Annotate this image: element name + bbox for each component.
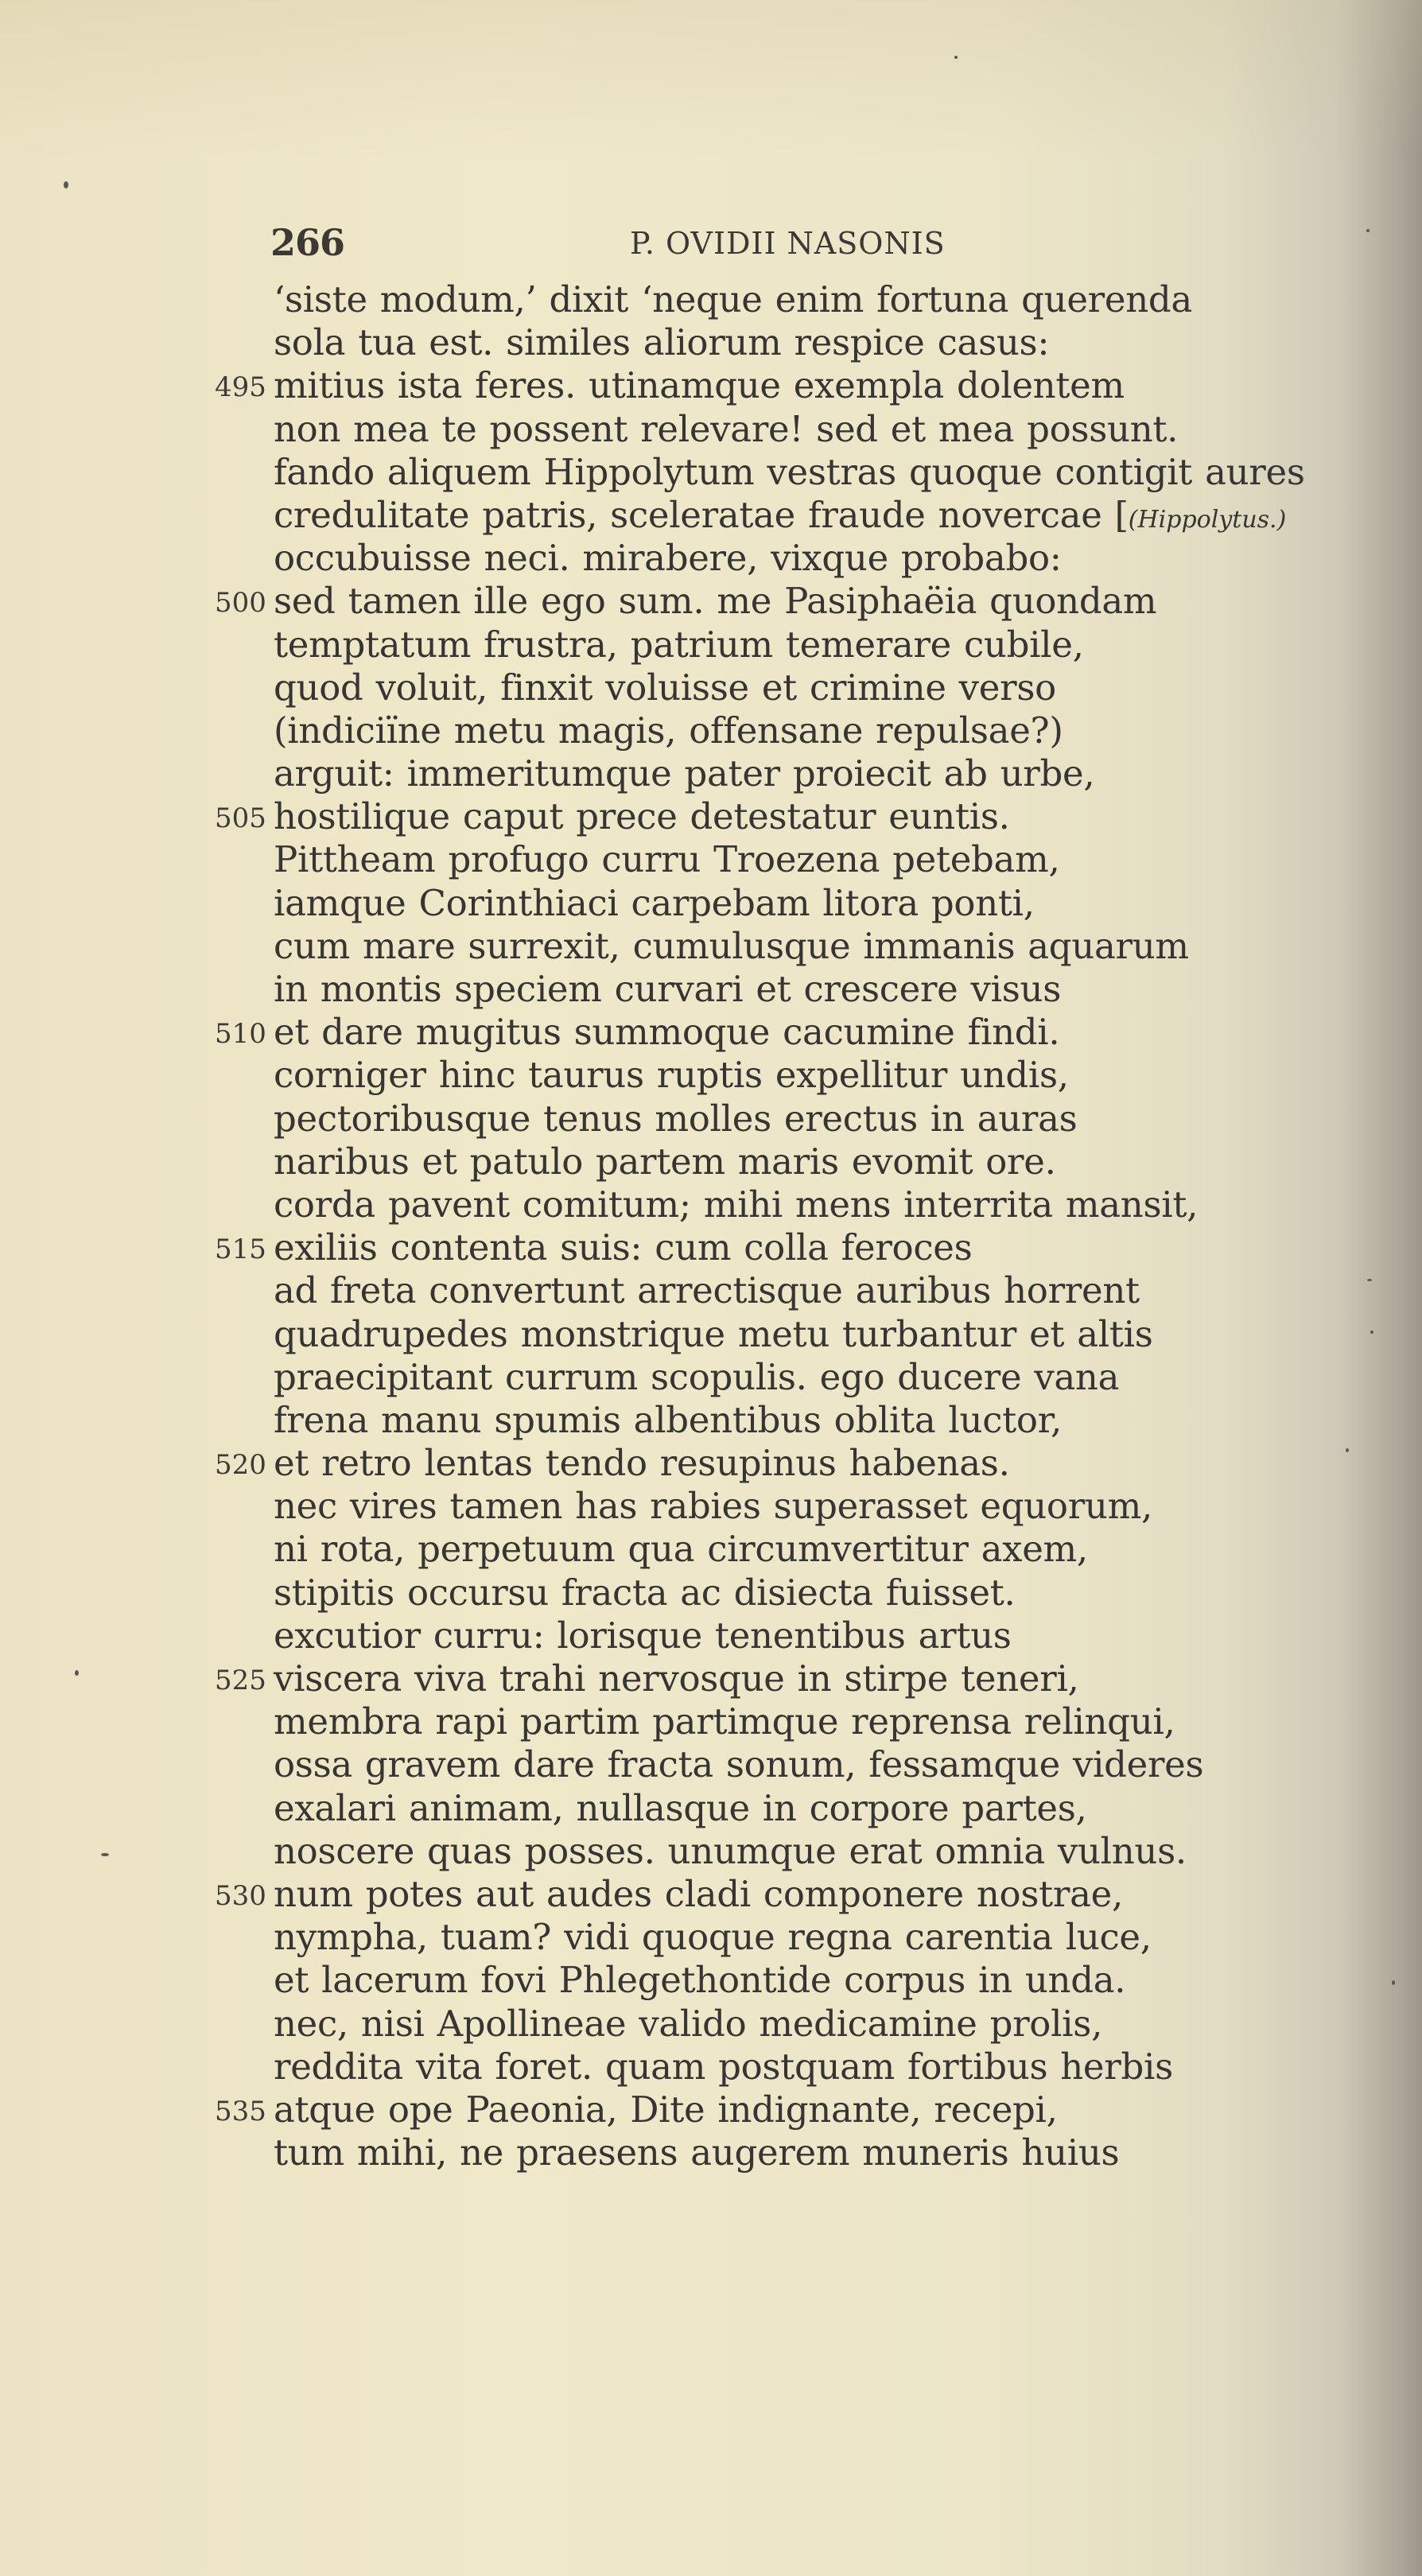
verse-text: corniger hinc taurus ruptis expellitur u… — [274, 1054, 1069, 1097]
verse-line: 510et dare mugitus summoque cacumine fin… — [0, 1011, 1422, 1054]
verse-text-content: ad freta convertunt arrectisque auribus … — [274, 1269, 1140, 1311]
verse-line: 495mitius ista feres. utinamque exempla … — [0, 364, 1422, 407]
verse-text: non mea te possent relevare! sed et mea … — [274, 408, 1178, 451]
verse-text: et retro lentas tendo resupinus habenas. — [274, 1442, 1010, 1485]
verse-text: nec, nisi Apollineae valido medicamine p… — [274, 2003, 1102, 2046]
verse-line: 535atque ope Paeonia, Dite indignante, r… — [0, 2088, 1422, 2131]
verse-line: quadrupedes monstrique metu turbantur et… — [0, 1313, 1422, 1356]
verse-text-content: exiliis contenta suis: cum colla feroces — [274, 1226, 972, 1269]
verse-text: sed tamen ille ego sum. me Pasiphaëia qu… — [274, 580, 1156, 623]
verse-text-content: excutior curru: lorisque tenentibus artu… — [274, 1614, 1012, 1657]
verse-text: ossa gravem dare fracta sonum, fessamque… — [274, 1743, 1203, 1786]
verse-text: in montis speciem curvari et crescere vi… — [274, 968, 1061, 1011]
line-number: 495 — [215, 366, 269, 409]
verse-text: exalari animam, nullasque in corpore par… — [274, 1787, 1087, 1830]
verse-text-content: iamque Corinthiaci carpebam litora ponti… — [274, 882, 1035, 924]
marginal-note: (Hippolytus.) — [1129, 506, 1287, 534]
ink-speck — [1366, 229, 1370, 232]
verse-line: exalari animam, nullasque in corpore par… — [0, 1787, 1422, 1830]
verse-line: quod voluit, finxit voluisse et crimine … — [0, 666, 1422, 709]
verse-text-content: hostilique caput prece detestatur euntis… — [274, 795, 1010, 837]
verse-text: excutior curru: lorisque tenentibus artu… — [274, 1614, 1012, 1657]
verse-text-content: fando aliquem Hippolytum vestras quoque … — [274, 451, 1305, 493]
ink-speck — [1392, 1980, 1395, 1985]
verse-text-content: in montis speciem curvari et crescere vi… — [274, 968, 1061, 1010]
verse-text-content: et lacerum fovi Phlegethontide corpus in… — [274, 1959, 1125, 2001]
verse-text-content: nec vires tamen has rabies superasset eq… — [274, 1485, 1152, 1527]
verse-text-content: non mea te possent relevare! sed et mea … — [274, 408, 1178, 450]
verse-line: 530num potes aut audes cladi componere n… — [0, 1873, 1422, 1916]
verse-text: temptatum frustra, patrium temerare cubi… — [274, 624, 1084, 666]
running-head: 266 P. OVIDII NASONIS — [0, 221, 1422, 269]
verse-text-content: ‘siste modum,’ dixit ‘neque enim fortuna… — [274, 278, 1192, 321]
line-number: 510 — [215, 1012, 269, 1055]
verse-text-content: temptatum frustra, patrium temerare cubi… — [274, 624, 1084, 666]
verse-line: cum mare surrexit, cumulusque immanis aq… — [0, 925, 1422, 968]
verse-line: corda pavent comitum; mihi mens interrit… — [0, 1183, 1422, 1226]
verse-line: occubuisse neci. mirabere, vixque probab… — [0, 537, 1422, 580]
verse-text: atque ope Paeonia, Dite indignante, rece… — [274, 2088, 1058, 2131]
verse-text-content: credulitate patris, sceleratae fraude no… — [274, 494, 1129, 536]
verse-line: nec vires tamen has rabies superasset eq… — [0, 1485, 1422, 1528]
verse-line: corniger hinc taurus ruptis expellitur u… — [0, 1054, 1422, 1097]
verse-text-content: Pittheam profugo curru Troezena petebam, — [274, 838, 1059, 880]
verse-text-content: viscera viva trahi nervosque in stirpe t… — [274, 1657, 1079, 1700]
verse-text: ad freta convertunt arrectisque auribus … — [274, 1269, 1140, 1312]
verse-text-content: num potes aut audes cladi componere nost… — [274, 1873, 1123, 1915]
line-number: 505 — [215, 797, 269, 840]
verse-text: ‘siste modum,’ dixit ‘neque enim fortuna… — [274, 278, 1192, 321]
ink-speck — [1346, 1448, 1349, 1452]
verse-block: ‘siste modum,’ dixit ‘neque enim fortuna… — [0, 278, 1422, 2174]
verse-text-content: tum mihi, ne praesens augerem muneris hu… — [274, 2131, 1119, 2174]
verse-text: nec vires tamen has rabies superasset eq… — [274, 1485, 1152, 1528]
verse-text: frena manu spumis albentibus oblita luct… — [274, 1399, 1062, 1442]
verse-line: temptatum frustra, patrium temerare cubi… — [0, 624, 1422, 666]
ink-speck — [75, 1670, 79, 1676]
verse-text: corda pavent comitum; mihi mens interrit… — [274, 1183, 1198, 1226]
verse-line: ‘siste modum,’ dixit ‘neque enim fortuna… — [0, 278, 1422, 321]
verse-line: membra rapi partim partimque reprensa re… — [0, 1700, 1422, 1743]
verse-text-content: corda pavent comitum; mihi mens interrit… — [274, 1183, 1198, 1226]
verse-text-content: frena manu spumis albentibus oblita luct… — [274, 1399, 1062, 1441]
verse-text-content: mitius ista feres. utinamque exempla dol… — [274, 364, 1125, 406]
verse-text-content: quod voluit, finxit voluisse et crimine … — [274, 666, 1056, 709]
verse-line: nec, nisi Apollineae valido medicamine p… — [0, 2003, 1422, 2046]
verse-line: ossa gravem dare fracta sonum, fessamque… — [0, 1743, 1422, 1786]
verse-text: occubuisse neci. mirabere, vixque probab… — [274, 537, 1062, 580]
verse-line: praecipitant currum scopulis. ego ducere… — [0, 1356, 1422, 1399]
verse-line: reddita vita foret. quam postquam fortib… — [0, 2046, 1422, 2088]
verse-text-content: et retro lentas tendo resupinus habenas. — [274, 1442, 1010, 1484]
verse-line: 525viscera viva trahi nervosque in stirp… — [0, 1657, 1422, 1700]
verse-line: non mea te possent relevare! sed et mea … — [0, 408, 1422, 451]
verse-line: 520et retro lentas tendo resupinus haben… — [0, 1442, 1422, 1485]
verse-text: ni rota, perpetuum qua circumvertitur ax… — [274, 1528, 1088, 1571]
verse-line: frena manu spumis albentibus oblita luct… — [0, 1399, 1422, 1442]
verse-line: fando aliquem Hippolytum vestras quoque … — [0, 451, 1422, 494]
verse-line: 515exiliis contenta suis: cum colla fero… — [0, 1226, 1422, 1269]
verse-text-content: stipitis occursu fracta ac disiecta fuis… — [274, 1572, 1016, 1614]
verse-text: quadrupedes monstrique metu turbantur et… — [274, 1313, 1153, 1356]
verse-text-content: occubuisse neci. mirabere, vixque probab… — [274, 537, 1062, 579]
verse-text-content: atque ope Paeonia, Dite indignante, rece… — [274, 2088, 1058, 2131]
verse-text: noscere quas posses. unumque erat omnia … — [274, 1830, 1187, 1873]
line-number: 525 — [215, 1659, 269, 1702]
verse-text: Pittheam profugo curru Troezena petebam, — [274, 838, 1059, 881]
ink-speck — [64, 181, 68, 188]
verse-text-content: reddita vita foret. quam postquam fortib… — [274, 2046, 1173, 2088]
verse-text-content: cum mare surrexit, cumulusque immanis aq… — [274, 925, 1189, 967]
running-title: P. OVIDII NASONIS — [630, 226, 946, 261]
verse-text-content: (indiciïne metu magis, offensane repulsa… — [274, 709, 1063, 752]
verse-text: nympha, tuam? vidi quoque regna carentia… — [274, 1916, 1152, 1959]
verse-text: iamque Corinthiaci carpebam litora ponti… — [274, 882, 1035, 925]
verse-line: nympha, tuam? vidi quoque regna carentia… — [0, 1916, 1422, 1959]
verse-line: in montis speciem curvari et crescere vi… — [0, 968, 1422, 1011]
verse-text: (indiciïne metu magis, offensane repulsa… — [274, 709, 1063, 752]
verse-text: fando aliquem Hippolytum vestras quoque … — [274, 451, 1305, 494]
line-number: 515 — [215, 1228, 269, 1271]
verse-line: et lacerum fovi Phlegethontide corpus in… — [0, 1959, 1422, 2002]
verse-text-content: quadrupedes monstrique metu turbantur et… — [274, 1313, 1153, 1355]
verse-text-content: nympha, tuam? vidi quoque regna carentia… — [274, 1916, 1152, 1958]
verse-line: noscere quas posses. unumque erat omnia … — [0, 1830, 1422, 1873]
verse-text: tum mihi, ne praesens augerem muneris hu… — [274, 2131, 1119, 2174]
verse-text-content: sola tua est. similes aliorum respice ca… — [274, 321, 1049, 363]
verse-text: num potes aut audes cladi componere nost… — [274, 1873, 1123, 1916]
verse-line: pectoribusque tenus molles erectus in au… — [0, 1098, 1422, 1140]
verse-text-content: arguit: immeritumque pater proiecit ab u… — [274, 752, 1094, 795]
verse-line: 500sed tamen ille ego sum. me Pasiphaëia… — [0, 580, 1422, 623]
line-number: 530 — [215, 1875, 269, 1917]
line-number: 520 — [215, 1443, 269, 1486]
verse-line: excutior curru: lorisque tenentibus artu… — [0, 1614, 1422, 1657]
line-number: 535 — [215, 2090, 269, 2133]
ink-speck — [1367, 1279, 1372, 1281]
verse-line: ad freta convertunt arrectisque auribus … — [0, 1269, 1422, 1312]
verse-text-content: nec, nisi Apollineae valido medicamine p… — [274, 2003, 1102, 2045]
verse-text-content: ni rota, perpetuum qua circumvertitur ax… — [274, 1528, 1088, 1570]
verse-line: tum mihi, ne praesens augerem muneris hu… — [0, 2131, 1422, 2174]
page-shading — [0, 0, 1422, 159]
verse-text: credulitate patris, sceleratae fraude no… — [274, 494, 1286, 542]
verse-text: quod voluit, finxit voluisse et crimine … — [274, 666, 1056, 709]
verse-text: hostilique caput prece detestatur euntis… — [274, 795, 1010, 838]
verse-text: stipitis occursu fracta ac disiecta fuis… — [274, 1572, 1016, 1614]
verse-text-content: membra rapi partim partimque reprensa re… — [274, 1700, 1175, 1743]
verse-text: reddita vita foret. quam postquam fortib… — [274, 2046, 1173, 2088]
verse-text-content: corniger hinc taurus ruptis expellitur u… — [274, 1054, 1069, 1096]
verse-text: et lacerum fovi Phlegethontide corpus in… — [274, 1959, 1125, 2002]
verse-line: ni rota, perpetuum qua circumvertitur ax… — [0, 1528, 1422, 1571]
verse-text: et dare mugitus summoque cacumine findi. — [274, 1011, 1059, 1054]
verse-text-content: ossa gravem dare fracta sonum, fessamque… — [274, 1743, 1203, 1785]
verse-text: praecipitant currum scopulis. ego ducere… — [274, 1356, 1119, 1399]
verse-line: stipitis occursu fracta ac disiecta fuis… — [0, 1572, 1422, 1614]
verse-text: sola tua est. similes aliorum respice ca… — [274, 321, 1049, 364]
verse-line: Pittheam profugo curru Troezena petebam, — [0, 838, 1422, 881]
verse-line: credulitate patris, sceleratae fraude no… — [0, 494, 1422, 537]
page-number: 266 — [270, 221, 344, 264]
verse-text: naribus et patulo partem maris evomit or… — [274, 1140, 1056, 1183]
verse-text: cum mare surrexit, cumulusque immanis aq… — [274, 925, 1189, 968]
ink-speck — [101, 1853, 109, 1856]
ink-speck — [1370, 1331, 1373, 1334]
verse-text-content: naribus et patulo partem maris evomit or… — [274, 1140, 1056, 1183]
verse-line: naribus et patulo partem maris evomit or… — [0, 1140, 1422, 1183]
verse-text-content: praecipitant currum scopulis. ego ducere… — [274, 1356, 1119, 1398]
verse-text: exiliis contenta suis: cum colla feroces — [274, 1226, 972, 1269]
verse-text: membra rapi partim partimque reprensa re… — [274, 1700, 1175, 1743]
verse-text-content: et dare mugitus summoque cacumine findi. — [274, 1011, 1059, 1053]
verse-line: arguit: immeritumque pater proiecit ab u… — [0, 752, 1422, 795]
verse-line: iamque Corinthiaci carpebam litora ponti… — [0, 882, 1422, 925]
ink-speck — [954, 56, 958, 59]
verse-line: 505hostilique caput prece detestatur eun… — [0, 795, 1422, 838]
verse-line: sola tua est. similes aliorum respice ca… — [0, 321, 1422, 364]
verse-line: (indiciïne metu magis, offensane repulsa… — [0, 709, 1422, 752]
verse-text: arguit: immeritumque pater proiecit ab u… — [274, 752, 1094, 795]
verse-text: pectoribusque tenus molles erectus in au… — [274, 1098, 1077, 1140]
line-number: 500 — [215, 581, 269, 624]
verse-text-content: sed tamen ille ego sum. me Pasiphaëia qu… — [274, 580, 1156, 622]
verse-text-content: exalari animam, nullasque in corpore par… — [274, 1787, 1087, 1829]
verse-text: viscera viva trahi nervosque in stirpe t… — [274, 1657, 1079, 1700]
verse-text: mitius ista feres. utinamque exempla dol… — [274, 364, 1125, 407]
verse-text-content: pectoribusque tenus molles erectus in au… — [274, 1098, 1077, 1140]
verse-text-content: noscere quas posses. unumque erat omnia … — [274, 1830, 1187, 1872]
